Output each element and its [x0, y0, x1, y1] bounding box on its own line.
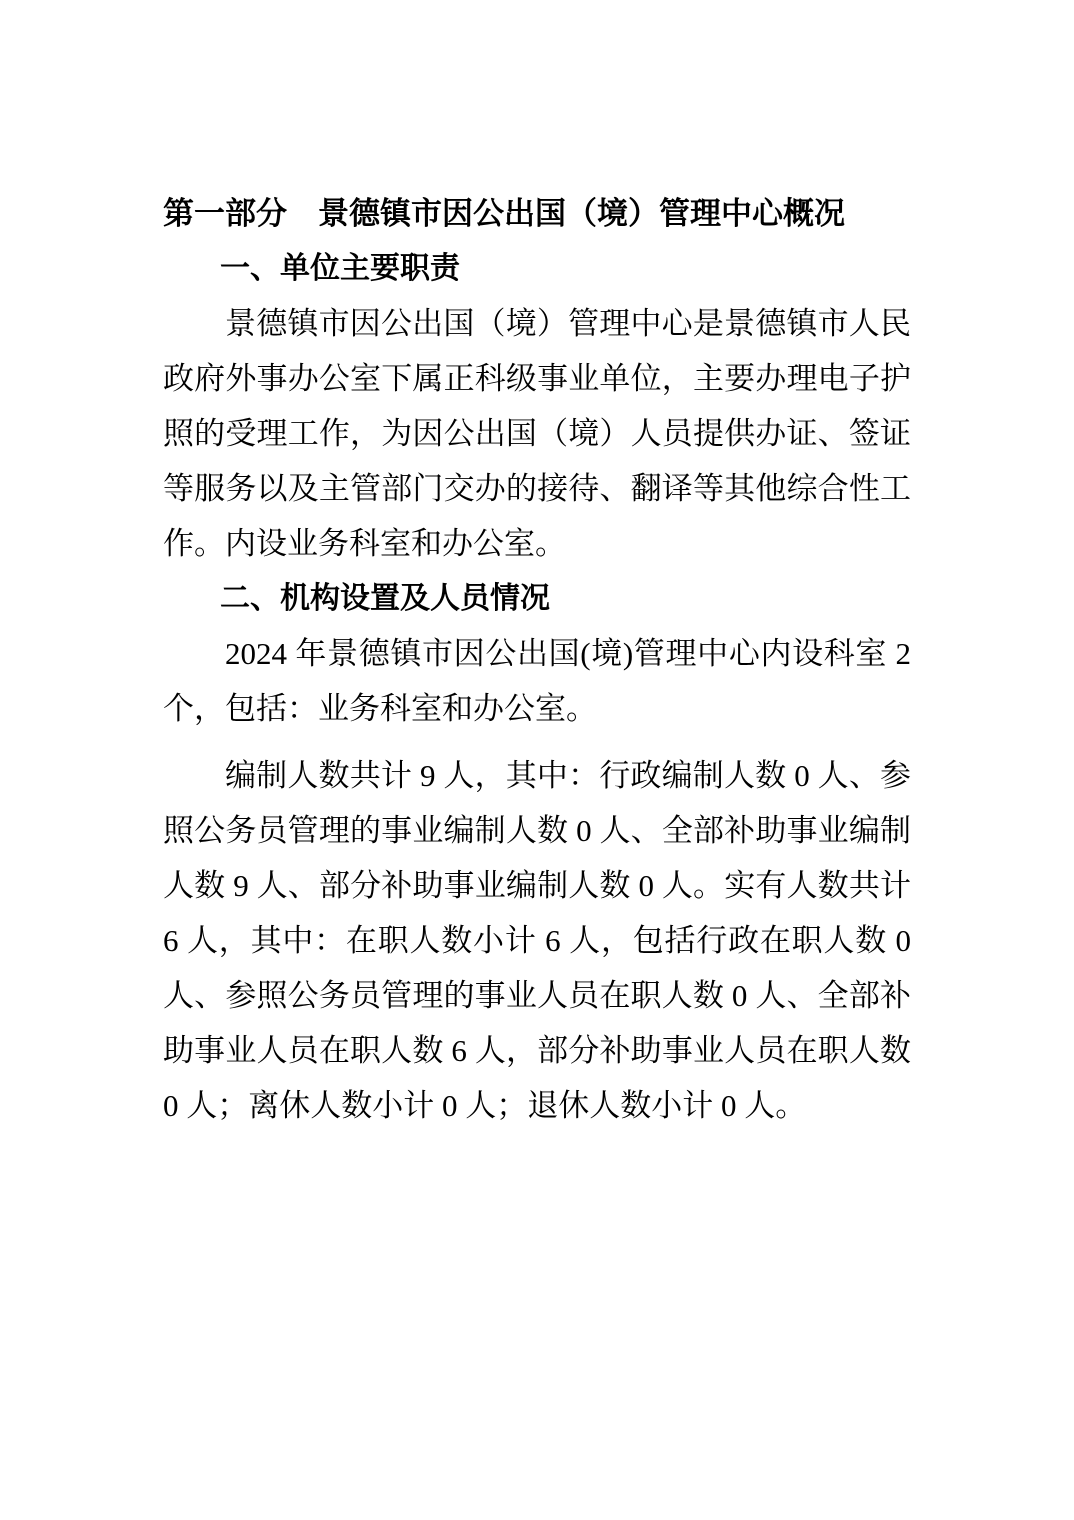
- heading-unit-main-duties: 一、单位主要职责: [163, 241, 911, 296]
- paragraph-org-structure: 2024 年景德镇市因公出国(境)管理中心内设科室 2 个，包括：业务科室和办公…: [163, 626, 911, 736]
- paragraph-unit-main-duties: 景德镇市因公出国（境）管理中心是景德镇市人民政府外事办公室下属正科级事业单位，主…: [163, 296, 911, 571]
- document-page: 第一部分 景德镇市因公出国（境）管理中心概况 一、单位主要职责 景德镇市因公出国…: [0, 0, 1074, 1520]
- page-title: 第一部分 景德镇市因公出国（境）管理中心概况: [163, 186, 911, 241]
- paragraph-staffing-numbers: 编制人数共计 9 人，其中：行政编制人数 0 人、参照公务员管理的事业编制人数 …: [163, 748, 911, 1133]
- heading-org-structure-personnel: 二、机构设置及人员情况: [163, 571, 911, 626]
